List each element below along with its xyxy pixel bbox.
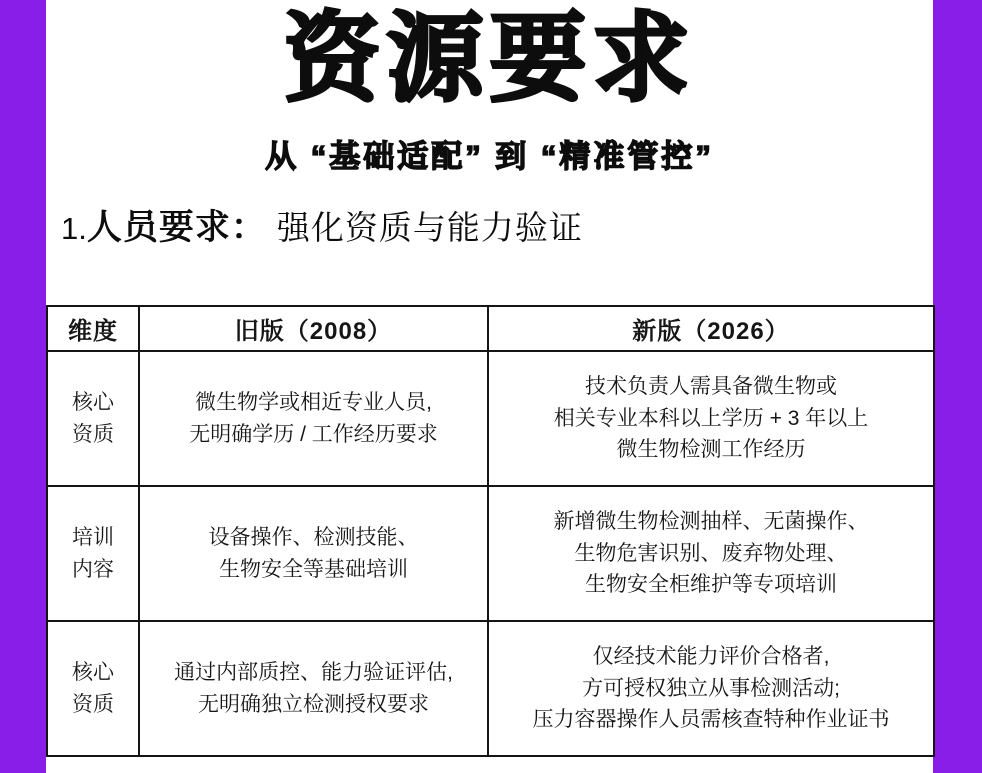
page-title: 资源要求: [46, 0, 933, 118]
table-row-training-content: 培训 内容 设备操作、检测技能、 生物安全等基础培训 新增微生物检测抽样、无菌操…: [47, 486, 934, 621]
poster-page: 资源要求 从 “基础适配” 到 “精准管控” 1.人员要求：强化资质与能力验证 …: [0, 0, 982, 773]
col-header-new-version: 新版（2026）: [488, 306, 934, 351]
old-version-cell: 设备操作、检测技能、 生物安全等基础培训: [139, 486, 488, 621]
dimension-cell: 培训 内容: [47, 486, 139, 621]
poster-content: 资源要求 从 “基础适配” 到 “精准管控” 1.人员要求：强化资质与能力验证 …: [46, 0, 933, 773]
right-accent-bar: [933, 0, 982, 773]
new-version-cell: 仅经技术能力评价合格者, 方可授权独立从事检测活动; 压力容器操作人员需核查特种…: [488, 621, 934, 756]
section-number: 1.: [61, 211, 87, 246]
section-subtitle: 强化资质与能力验证: [277, 209, 583, 246]
comparison-table: 维度 旧版（2008） 新版（2026） 核心 资质 微生物学或相近专业人员, …: [46, 305, 935, 757]
left-accent-bar: [0, 0, 46, 773]
table-row-core-qualification: 核心 资质 微生物学或相近专业人员, 无明确学历 / 工作经历要求 技术负责人需…: [47, 351, 934, 486]
section-heading: 1.人员要求：强化资质与能力验证: [61, 206, 583, 250]
new-version-cell: 技术负责人需具备微生物或 相关专业本科以上学历 + 3 年以上 微生物检测工作经…: [488, 351, 934, 486]
col-header-dimension: 维度: [47, 306, 139, 351]
table-header-row: 维度 旧版（2008） 新版（2026）: [47, 306, 934, 351]
old-version-cell: 微生物学或相近专业人员, 无明确学历 / 工作经历要求: [139, 351, 488, 486]
col-header-old-version: 旧版（2008）: [139, 306, 488, 351]
page-subtitle: 从 “基础适配” 到 “精准管控”: [46, 131, 933, 176]
section-title: 人员要求：: [87, 208, 267, 247]
dimension-cell: 核心 资质: [47, 351, 139, 486]
old-version-cell: 通过内部质控、能力验证评估, 无明确独立检测授权要求: [139, 621, 488, 756]
new-version-cell: 新增微生物检测抽样、无菌操作、 生物危害识别、废弃物处理、 生物安全柜维护等专项…: [488, 486, 934, 621]
dimension-cell: 核心 资质: [47, 621, 139, 756]
table-row-authorization: 核心 资质 通过内部质控、能力验证评估, 无明确独立检测授权要求 仅经技术能力评…: [47, 621, 934, 756]
